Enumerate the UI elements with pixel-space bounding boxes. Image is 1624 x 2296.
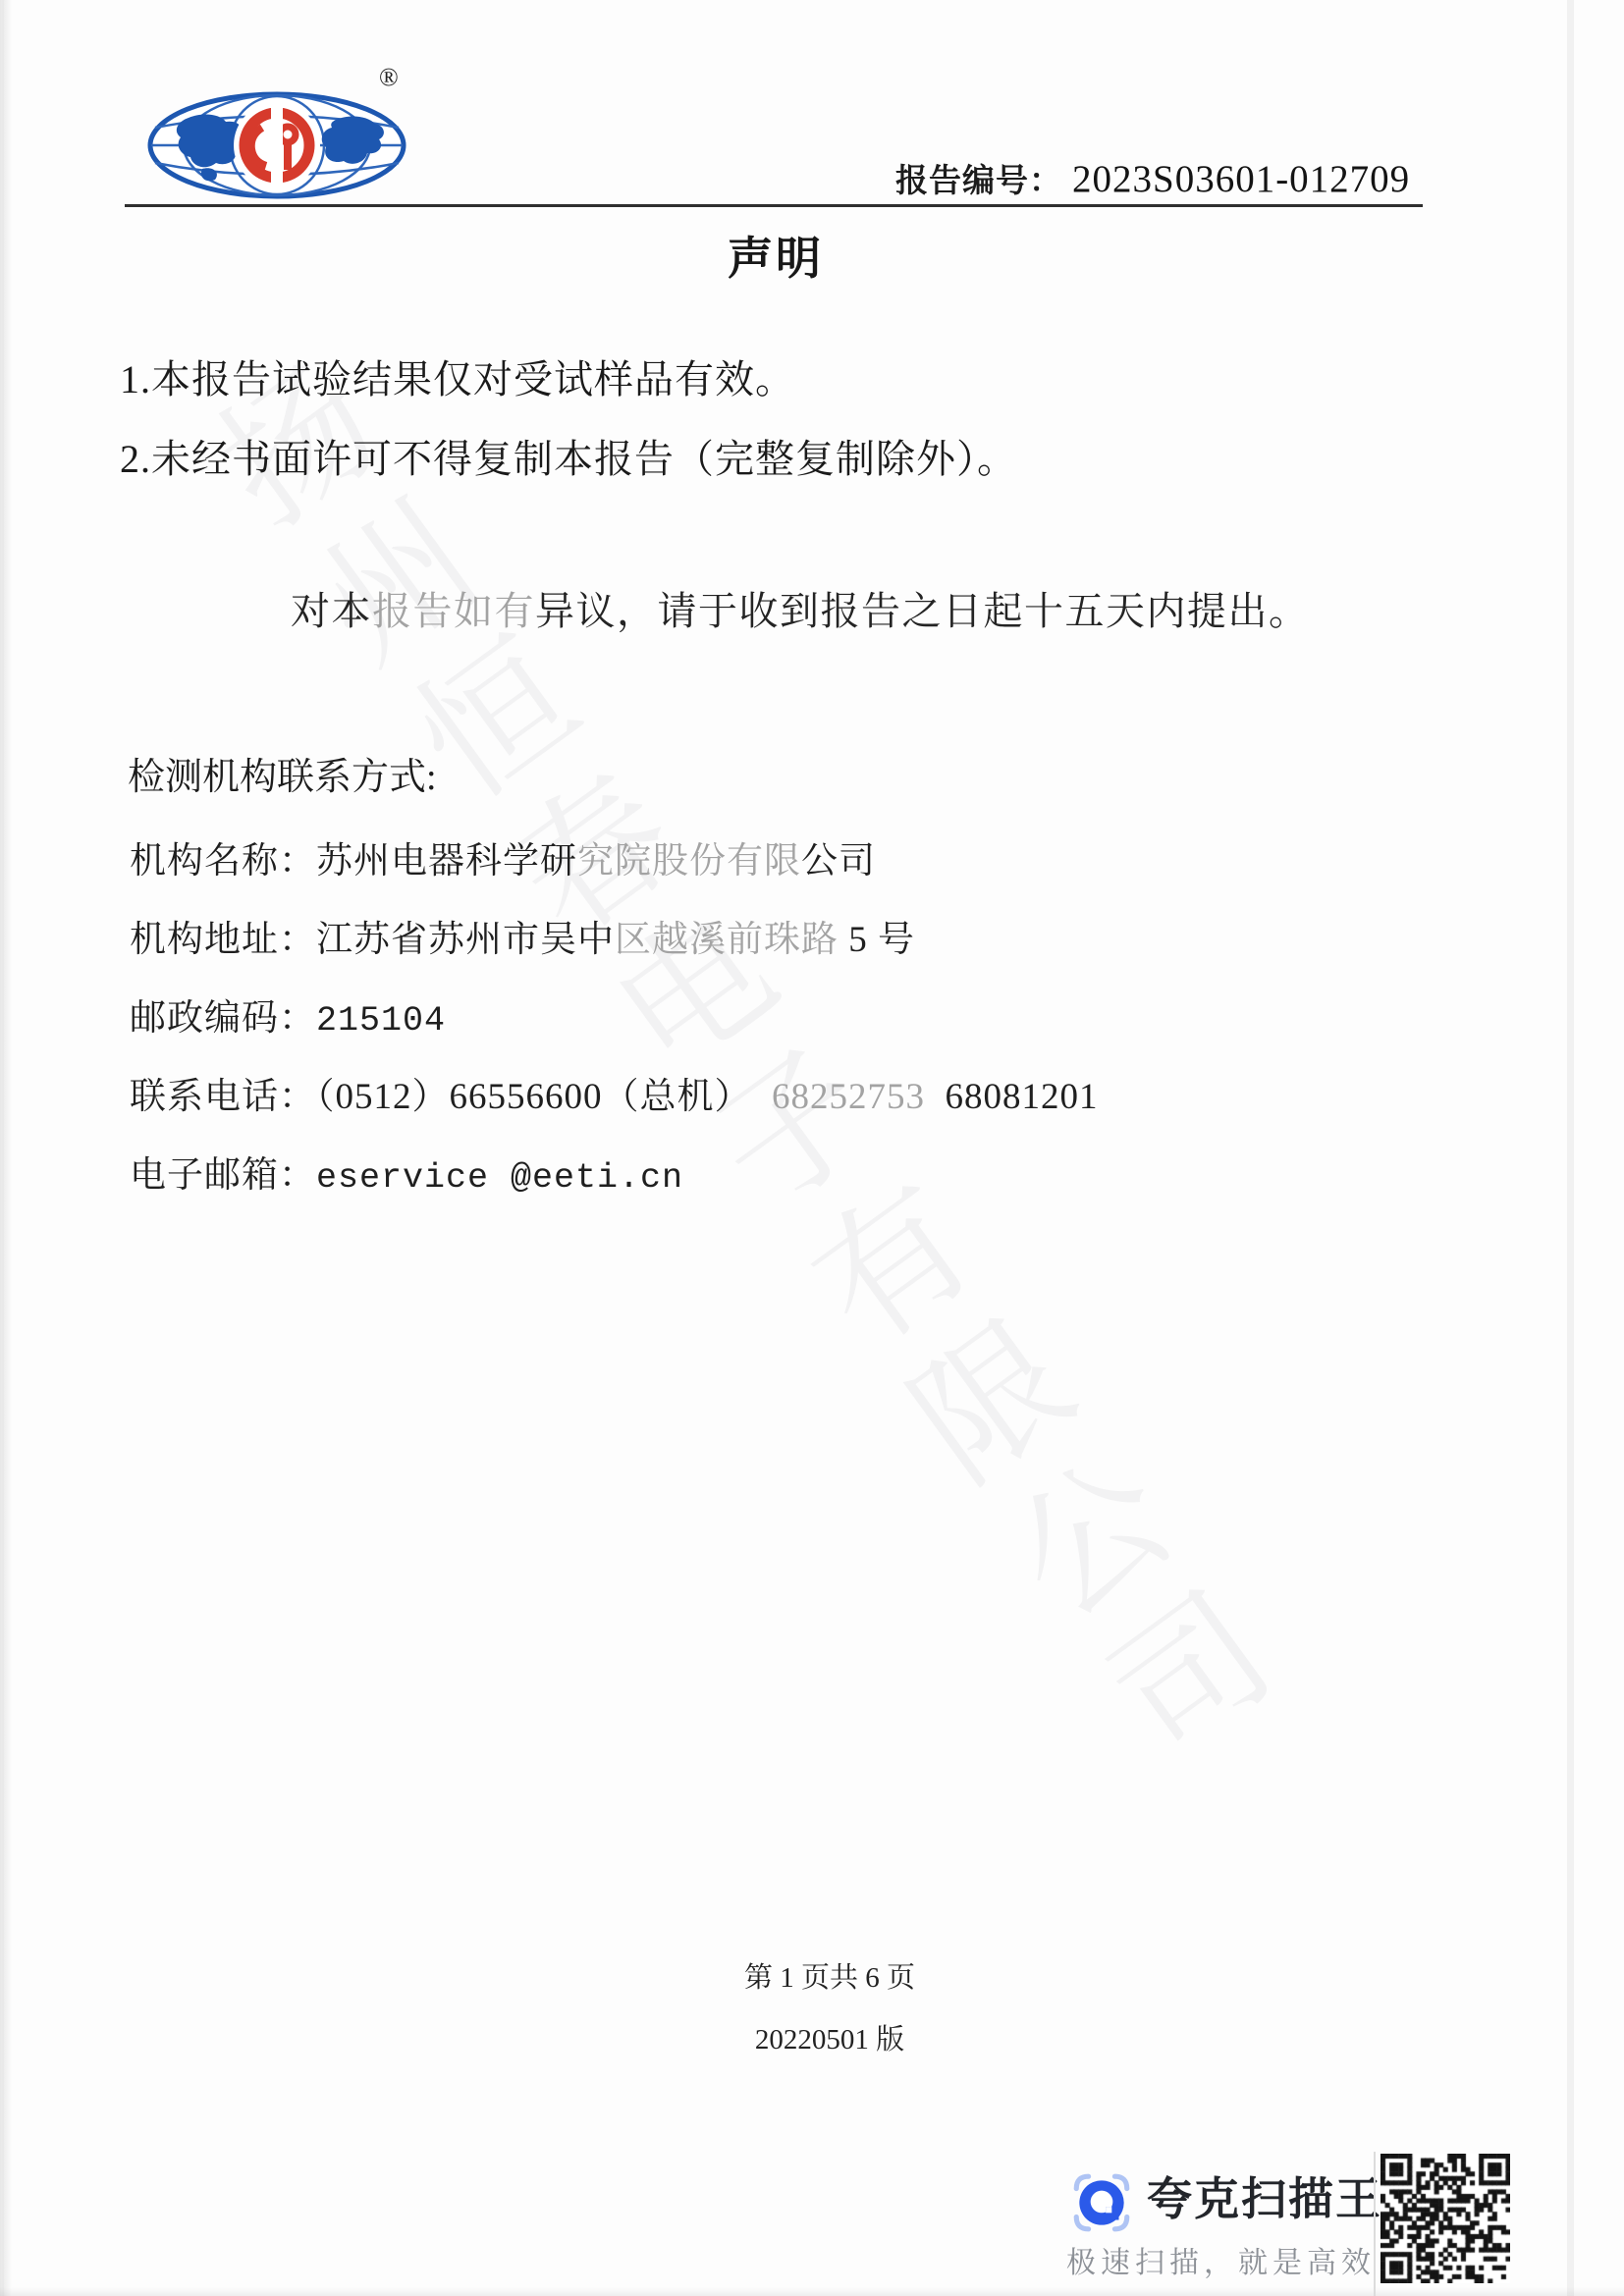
contact-row: 机构地址：江苏省苏州市吴中区越溪前珠路 5 号 xyxy=(130,919,1099,962)
notice-segment: 报告如有 xyxy=(372,589,535,633)
contact-value-segment: 江苏省苏州市吴中 xyxy=(316,920,615,960)
contact-info-list: 机构名称：苏州电器科学研究院股份有限公司机构地址：江苏省苏州市吴中区越溪前珠路 … xyxy=(130,840,1099,1233)
page-title: 声明 xyxy=(728,236,824,281)
qr-code xyxy=(1380,2154,1510,2283)
contact-value-segment: 究院股份有限 xyxy=(577,841,801,881)
contact-heading: 检测机构联系方式: xyxy=(128,759,437,796)
notice-segment: 对本 xyxy=(291,589,372,633)
contact-row-value: 苏州电器科学研究院股份有限公司 xyxy=(316,841,876,881)
contact-value-segment: 区越溪前珠路 xyxy=(615,920,839,960)
contact-row: 联系电话：（0512）66556600（总机） 68252753 6808120… xyxy=(130,1076,1099,1119)
contact-value-segment: 215104 xyxy=(316,1001,446,1041)
version-footer: 20220501 版 xyxy=(18,2026,1624,2055)
header-rule xyxy=(125,204,1423,207)
contact-row-label: 联系电话： xyxy=(130,1077,316,1117)
document-page: 扬州恒春电子有限公司 ® 报告编号： 2023S03601-012709 声 xyxy=(0,0,1624,2296)
scanner-tagline: 极速扫描，就是高效 xyxy=(1066,2249,1376,2278)
institute-globe-logo-icon xyxy=(143,90,410,200)
contact-row-label: 电子邮箱： xyxy=(130,1155,316,1196)
contact-value-segment: 5 号 xyxy=(839,920,915,960)
notice-segment: 异议，请于收到报告之日起十五天内提出。 xyxy=(535,589,1310,633)
contact-value-segment: 苏州电器科学研 xyxy=(316,841,577,881)
registered-trademark-mark: ® xyxy=(379,63,399,92)
contact-value-segment: 公司 xyxy=(801,841,876,881)
contact-row-label: 邮政编码： xyxy=(130,998,316,1039)
scanner-app-name: 夸克扫描王 xyxy=(1147,2174,1382,2224)
contact-row: 机构名称：苏州电器科学研究院股份有限公司 xyxy=(130,840,1099,883)
contact-row-label: 机构名称： xyxy=(130,841,316,881)
page-number-footer: 第 1 页共 6 页 xyxy=(18,1964,1624,1993)
report-number-value: 2023S03601-012709 xyxy=(1072,157,1410,201)
contact-row: 电子邮箱：eservice @eeti.cn xyxy=(130,1154,1099,1198)
contact-value-segment: （0512）66556600（总机） xyxy=(316,1077,752,1117)
contact-value-segment: 68252753 xyxy=(752,1077,926,1117)
quark-scanner-icon xyxy=(1068,2169,1135,2236)
objection-notice-line: 对本报告如有异议，请于收到报告之日起十五天内提出。 xyxy=(291,592,1310,631)
contact-row-value: 江苏省苏州市吴中区越溪前珠路 5 号 xyxy=(316,920,915,960)
contact-row: 邮政编码：215104 xyxy=(130,997,1099,1041)
contact-value-segment: 68081201 xyxy=(925,1077,1099,1117)
declaration-item-2: 2.未经书面许可不得复制本报告（完整复制除外）。 xyxy=(120,440,1017,479)
report-number-label: 报告编号： xyxy=(895,155,1062,201)
branding-divider xyxy=(1374,2152,1376,2296)
declaration-item-1: 1.本报告试验结果仅对受试样品有效。 xyxy=(120,360,795,400)
contact-row-label: 机构地址： xyxy=(130,920,316,960)
contact-row-value: （0512）66556600（总机） 68252753 68081201 xyxy=(316,1077,1099,1117)
contact-value-segment: eservice @eeti.cn xyxy=(316,1158,683,1198)
page-content: ® 报告编号： 2023S03601-012709 声明 1.本报告试验结果仅对… xyxy=(0,0,1624,2296)
contact-row-value: 215104 xyxy=(316,1001,446,1041)
report-number-line: 报告编号： 2023S03601-012709 xyxy=(895,155,1410,201)
contact-row-value: eservice @eeti.cn xyxy=(316,1158,683,1198)
